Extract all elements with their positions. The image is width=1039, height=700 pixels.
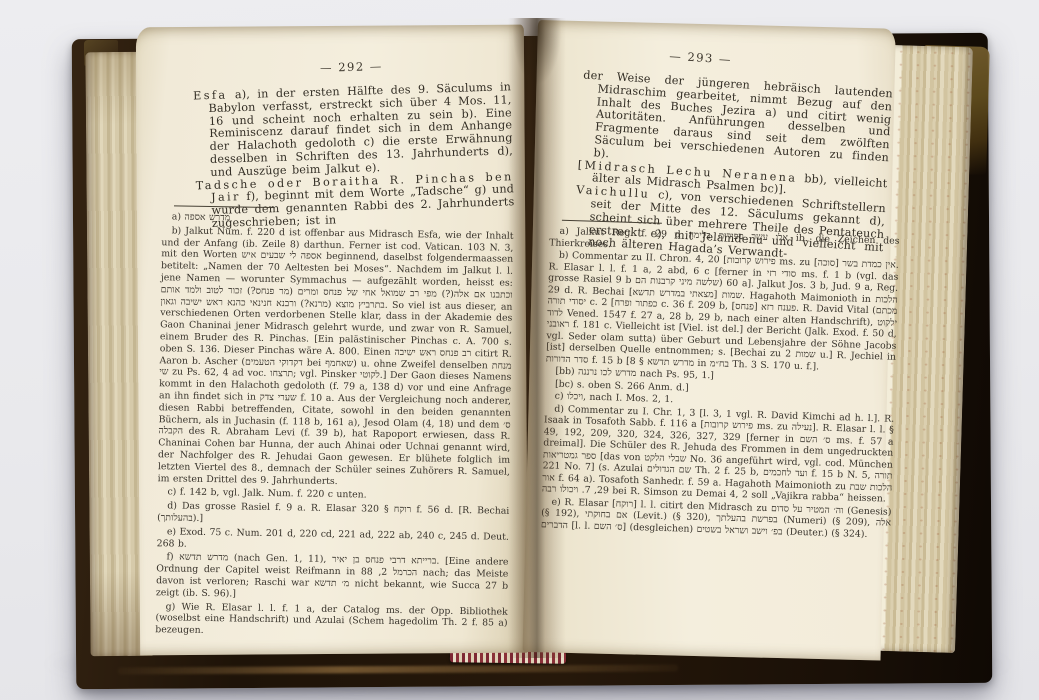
paragraph-lead: Esfa — [193, 88, 228, 102]
right-page-footnotes: a) Jalkut Reg. f. 29 d אלו עשר ספירות בל… — [541, 219, 900, 541]
footnote-b: b) Jalkut Num. f. 220 d ist offenbar aus… — [158, 225, 514, 490]
photo-backdrop: — 292 — Esfa a), in der ersten Hälfte de… — [0, 0, 1039, 700]
paragraph-esfa: Esfa a), in der ersten Hälfte des 9. Säc… — [193, 81, 513, 180]
left-page-footnotes: a) מדרש אספה b) Jalkut Num. f. 220 d ist… — [155, 205, 514, 643]
paragraph-text: der Weise der jüngeren hebräisch lautend… — [583, 69, 893, 165]
left-page: — 292 — Esfa a), in der ersten Hälfte de… — [136, 25, 528, 656]
paragraph-text: a), in der ersten Hälfte des 9. Säculums… — [208, 80, 513, 178]
footnote-d: d) Das grosse Rasiel f. 9 a. R. Elasar ר… — [157, 500, 509, 529]
footnote-d: d) Commentar zu I. Chr. 1, 3 [l. 3, 1 vg… — [542, 403, 895, 505]
footnote-f: f) מדרש תדשא (nach Gen. 1, 11), ברייתא ד… — [156, 552, 509, 605]
footnote-g: g) Wie R. Elasar l. l. f. 1 a, der Catal… — [155, 601, 508, 642]
footnote-b: b) Commentar zu II. Chron. 4, 20 [פירוש … — [546, 249, 899, 374]
footnote-e: e) Exod. 75 c. Num. 201 d, 220 cd, 221 a… — [157, 526, 509, 555]
footnote-separator — [174, 205, 274, 208]
right-page: — 293 — der Weise der jüngeren hebräisch… — [523, 20, 896, 661]
page-number-left: — 292 — — [192, 55, 510, 78]
left-page-main-text: — 292 — Esfa a), in der ersten Hälfte de… — [192, 55, 515, 231]
